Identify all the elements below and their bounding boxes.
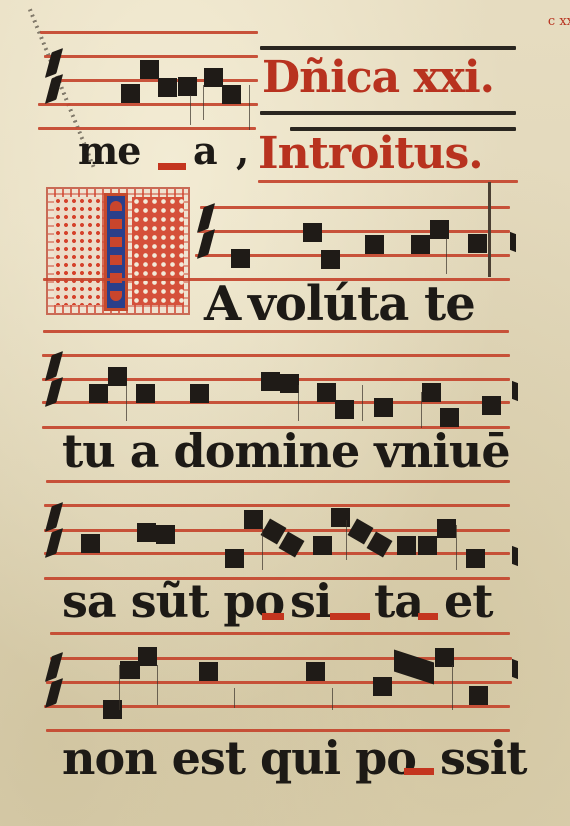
custos-icon [512,659,518,679]
melisma-bar [262,613,284,620]
lyric-staff-1-c: , [236,128,248,173]
lyric-staff-3: tu a domine vniuē [62,424,510,478]
melisma-bar [418,613,438,620]
lyric-staff-4-b: si [290,574,331,628]
lyric-staff-1-b: a [193,128,217,173]
lyric-staff-2-initial-letter: A [204,276,240,332]
lyric-staff-1-a: me [78,128,140,173]
folio-number: c xx [548,14,570,29]
rubric-sunday: Dñica xxi. [262,52,494,103]
lyric-staff-2: volúta te [248,276,475,332]
c-clef-icon [48,656,62,684]
melisma-bar [330,613,370,620]
c-clef-icon [48,506,62,534]
lyric-staff-4-c: ta [374,574,423,628]
illuminated-initial [46,187,190,315]
c-clef-icon [200,207,214,235]
melisma-bar [158,163,186,170]
custos-icon [512,546,518,566]
lyric-staff-5-a: non est qui po [62,731,416,785]
melisma-bar [404,768,434,775]
bar-line [488,182,491,277]
lyric-staff-5-b: ssit [440,731,527,785]
custos-icon [512,381,518,401]
c-clef-icon [48,52,62,80]
rubric-introitus: Introitus. [258,128,483,179]
c-clef-icon [48,355,62,383]
lyric-staff-4-a: sa sũt po [62,574,284,628]
lyric-staff-4-d: et [444,574,493,628]
manuscript-page: c xx me a , Dñica xxi. Introitus. [0,0,570,826]
custos-icon [510,232,516,252]
